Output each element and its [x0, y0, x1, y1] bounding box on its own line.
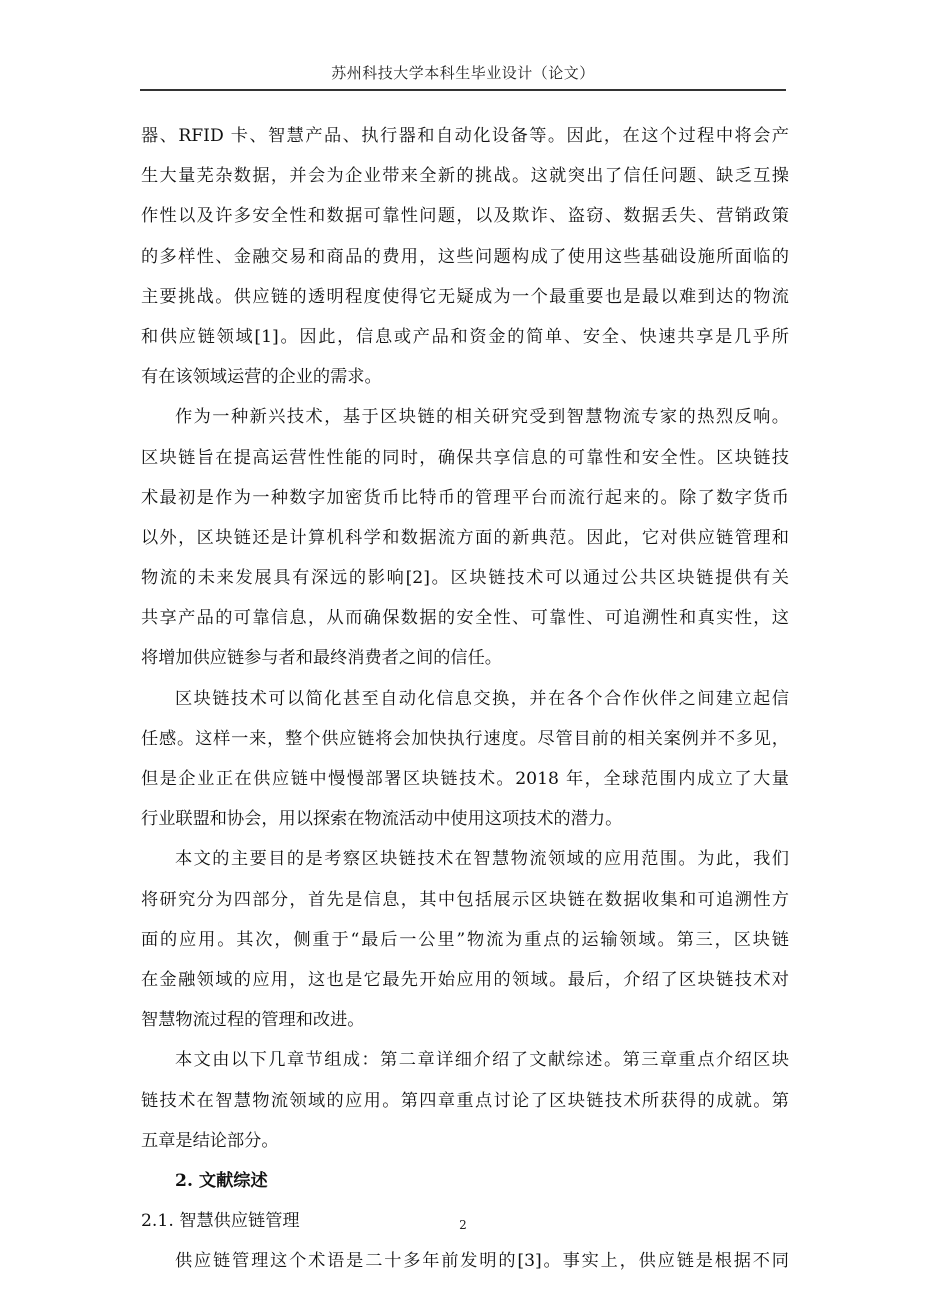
page-number: 2 [0, 1218, 926, 1232]
text-line: 五章是结论部分。 [141, 1121, 789, 1161]
paragraph-first-line: 本文的主要目的是考察区块链技术在智慧物流领域的应用范围。为此，我们 [141, 839, 789, 879]
text-line: 物流的未来发展具有深远的影响[2]。区块链技术可以通过公共区块链提供有关 [141, 558, 789, 598]
text-line: 以外，区块链还是计算机科学和数据流方面的新典范。因此，它对供应链管理和 [141, 518, 789, 558]
text-line: 但是企业正在供应链中慢慢部署区块链技术。2018 年，全球范围内成立了大量 [141, 759, 789, 799]
text-line: 和供应链领域[1]。因此，信息或产品和资金的简单、安全、快速共享是几乎所 [141, 317, 789, 357]
text-line: 生大量芜杂数据，并会为企业带来全新的挑战。这就突出了信任问题、缺乏互操 [141, 156, 789, 196]
text-line: 链技术在智慧物流领域的应用。第四章重点讨论了区块链技术所获得的成就。第 [141, 1081, 789, 1121]
text-line: 面的应用。其次，侧重于“最后一公里”物流为重点的运输领域。第三，区块链 [141, 920, 789, 960]
text-line: 在金融领域的应用，这也是它最先开始应用的领域。最后，介绍了区块链技术对 [141, 960, 789, 1000]
paragraph-first-line: 作为一种新兴技术，基于区块链的相关研究受到智慧物流专家的热烈反响。 [141, 397, 789, 437]
text-line: 主要挑战。供应链的透明程度使得它无疑成为一个最重要也是最以难到达的物流 [141, 277, 789, 317]
text-line: 作性以及许多安全性和数据可靠性问题，以及欺诈、盗窃、数据丢失、营销政策 [141, 196, 789, 236]
paragraph-first-line: 本文由以下几章节组成：第二章详细介绍了文献综述。第三章重点介绍区块 [141, 1040, 789, 1080]
document-body: 器、RFID 卡、智慧产品、执行器和自动化设备等。因此，在这个过程中将会产 生大… [141, 116, 789, 1281]
text-line: 器、RFID 卡、智慧产品、执行器和自动化设备等。因此，在这个过程中将会产 [141, 116, 789, 156]
text-line: 有在该领域运营的企业的需求。 [141, 357, 789, 397]
text-line: 智慧物流过程的管理和改进。 [141, 1000, 789, 1040]
text-line: 区块链旨在提高运营性性能的同时，确保共享信息的可靠性和安全性。区块链技 [141, 438, 789, 478]
header-divider [140, 89, 786, 91]
text-line: 将研究分为四部分，首先是信息，其中包括展示区块链在数据收集和可追溯性方 [141, 880, 789, 920]
running-header: 苏州科技大学本科生毕业设计（论文） [140, 62, 786, 83]
text-line: 术最初是作为一种数字加密货币比特币的管理平台而流行起来的。除了数字货币 [141, 478, 789, 518]
text-line: 任感。这样一来，整个供应链将会加快执行速度。尽管目前的相关案例并不多见， [141, 719, 789, 759]
paragraph-first-line: 供应链管理这个术语是二十多年前发明的[3]。事实上，供应链是根据不同 [141, 1241, 789, 1281]
text-line: 行业联盟和协会，用以探索在物流活动中使用这项技术的潜力。 [141, 799, 789, 839]
paragraph-first-line: 区块链技术可以简化甚至自动化信息交换，并在各个合作伙伴之间建立起信 [141, 679, 789, 719]
text-line: 共享产品的可靠信息，从而确保数据的安全性、可靠性、可追溯性和真实性，这 [141, 598, 789, 638]
text-line: 将增加供应链参与者和最终消费者之间的信任。 [141, 638, 789, 678]
section-heading: 2. 文献综述 [141, 1161, 789, 1201]
text-line: 的多样性、金融交易和商品的费用，这些问题构成了使用这些基础设施所面临的 [141, 237, 789, 277]
